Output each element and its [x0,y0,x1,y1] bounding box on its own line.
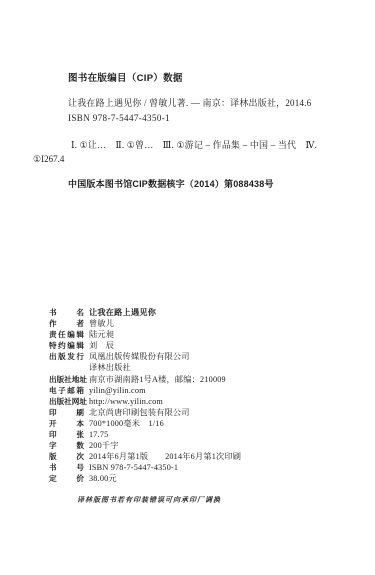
colophon-row-value: 南京市湖南路1号A楼，邮编：210009 [89,375,226,385]
colophon-row-label: 字数 [49,441,84,451]
colophon-row-label: 特约编辑 [49,341,84,351]
colophon-row-value: 陆元昶 [89,330,114,340]
colophon-row-publisher: 出版发行 凤凰出版传媒股份有限公司 [49,352,241,363]
colophon-row-value: 200千字 [89,441,119,451]
colophon-row-value: yilin@yilin.com [89,386,146,396]
colophon-row-format: 开本 700*1000毫米 1/16 [49,419,241,430]
colophon-row-label: 出版发行 [49,352,84,362]
colophon-row-label: 印张 [49,430,84,440]
colophon-row-value: http://www.yilin.com [89,397,163,407]
colophon-row-address: 出版社地址 南京市湖南路1号A楼，邮编：210009 [49,375,241,386]
colophon-row-edition: 版次 2014年6月第1版 2014年6月第1次印刷 [49,452,241,463]
cip-heading: 图书在版编目（CIP）数据 [68,70,183,84]
book-copyright-page: { "cip": { "heading": "图书在版编目（CIP）数据", "… [0,0,375,575]
colophon-row-label: 开本 [49,419,84,429]
colophon-row-website: 出版社网址 http://www.yilin.com [49,397,241,408]
colophon-row-managing-editor: 责任编辑 陆元昶 [49,330,241,341]
colophon-row-sheets: 印张 17.75 [49,430,241,441]
colophon-row-publisher-cont: 译林出版社 [49,363,241,374]
colophon-row-value: 刘 辰 [89,341,114,351]
colophon-row-price: 定价 38.00元 [49,474,241,485]
colophon-row-book-number: 书号 ISBN 978-7-5447-4350-1 [49,463,241,474]
colophon-row-label: 作者 [49,319,84,329]
colophon-row-value: 让我在路上遇见你 [89,308,156,318]
colophon-row-label: 责任编辑 [49,330,84,340]
colophon-table: 书名 让我在路上遇见你 作者 曾敏儿 责任编辑 陆元昶 特约编辑 刘 辰 出版发… [49,308,241,486]
colophon-row-label: 电子邮箱 [49,386,84,396]
colophon-row-label: 版次 [49,452,84,462]
colophon-row-label: 定价 [49,474,84,484]
colophon-row-value: 北京尚唐印刷包装有限公司 [89,408,190,418]
cip-record-number: 中国版本图书馆CIP数据核字（2014）第088438号 [68,177,274,190]
colophon-row-value: 38.00元 [89,474,117,484]
colophon-row-value: 17.75 [89,430,108,440]
colophon-row-value: 2014年6月第1版 2014年6月第1次印刷 [89,452,241,462]
colophon-row-value: 译林出版社 [89,363,131,373]
colophon-row-title: 书名 让我在路上遇见你 [49,308,241,319]
colophon-row-value: 曾敏儿 [89,319,114,329]
colophon-row-author: 作者 曾敏儿 [49,319,241,330]
colophon-row-printer: 印刷 北京尚唐印刷包装有限公司 [49,408,241,419]
colophon-row-label: 书号 [49,463,84,473]
cip-entry-line: 让我在路上遇见你 / 曾敏儿著. — 南京：译林出版社，2014.6 [68,96,311,109]
colophon-row-value: ISBN 978-7-5447-4350-1 [89,463,178,473]
colophon-row-label: 出版社地址 [49,375,84,385]
colophon-row-email: 电子邮箱 yilin@yilin.com [49,386,241,397]
colophon-row-label: 书名 [49,308,84,318]
cip-classification-line-2: ①I267.4 [33,154,64,165]
cip-classification-line-1: Ⅰ. ①让… Ⅱ. ①曾… Ⅲ. ①游记 – 作品集 – 中国 – 当代 Ⅳ. [71,138,317,151]
footer-note: 译林版图书若有印装错误可向承印厂调换 [77,495,221,505]
colophon-row-word-count: 字数 200千字 [49,441,241,452]
colophon-row-contributing-editor: 特约编辑 刘 辰 [49,341,241,352]
colophon-row-label: 出版社网址 [49,397,84,407]
colophon-row-label: 印刷 [49,408,84,418]
cip-isbn-line: ISBN 978-7-5447-4350-1 [68,113,170,123]
colophon-row-value: 凤凰出版传媒股份有限公司 [89,352,190,362]
colophon-row-value: 700*1000毫米 1/16 [89,419,164,429]
